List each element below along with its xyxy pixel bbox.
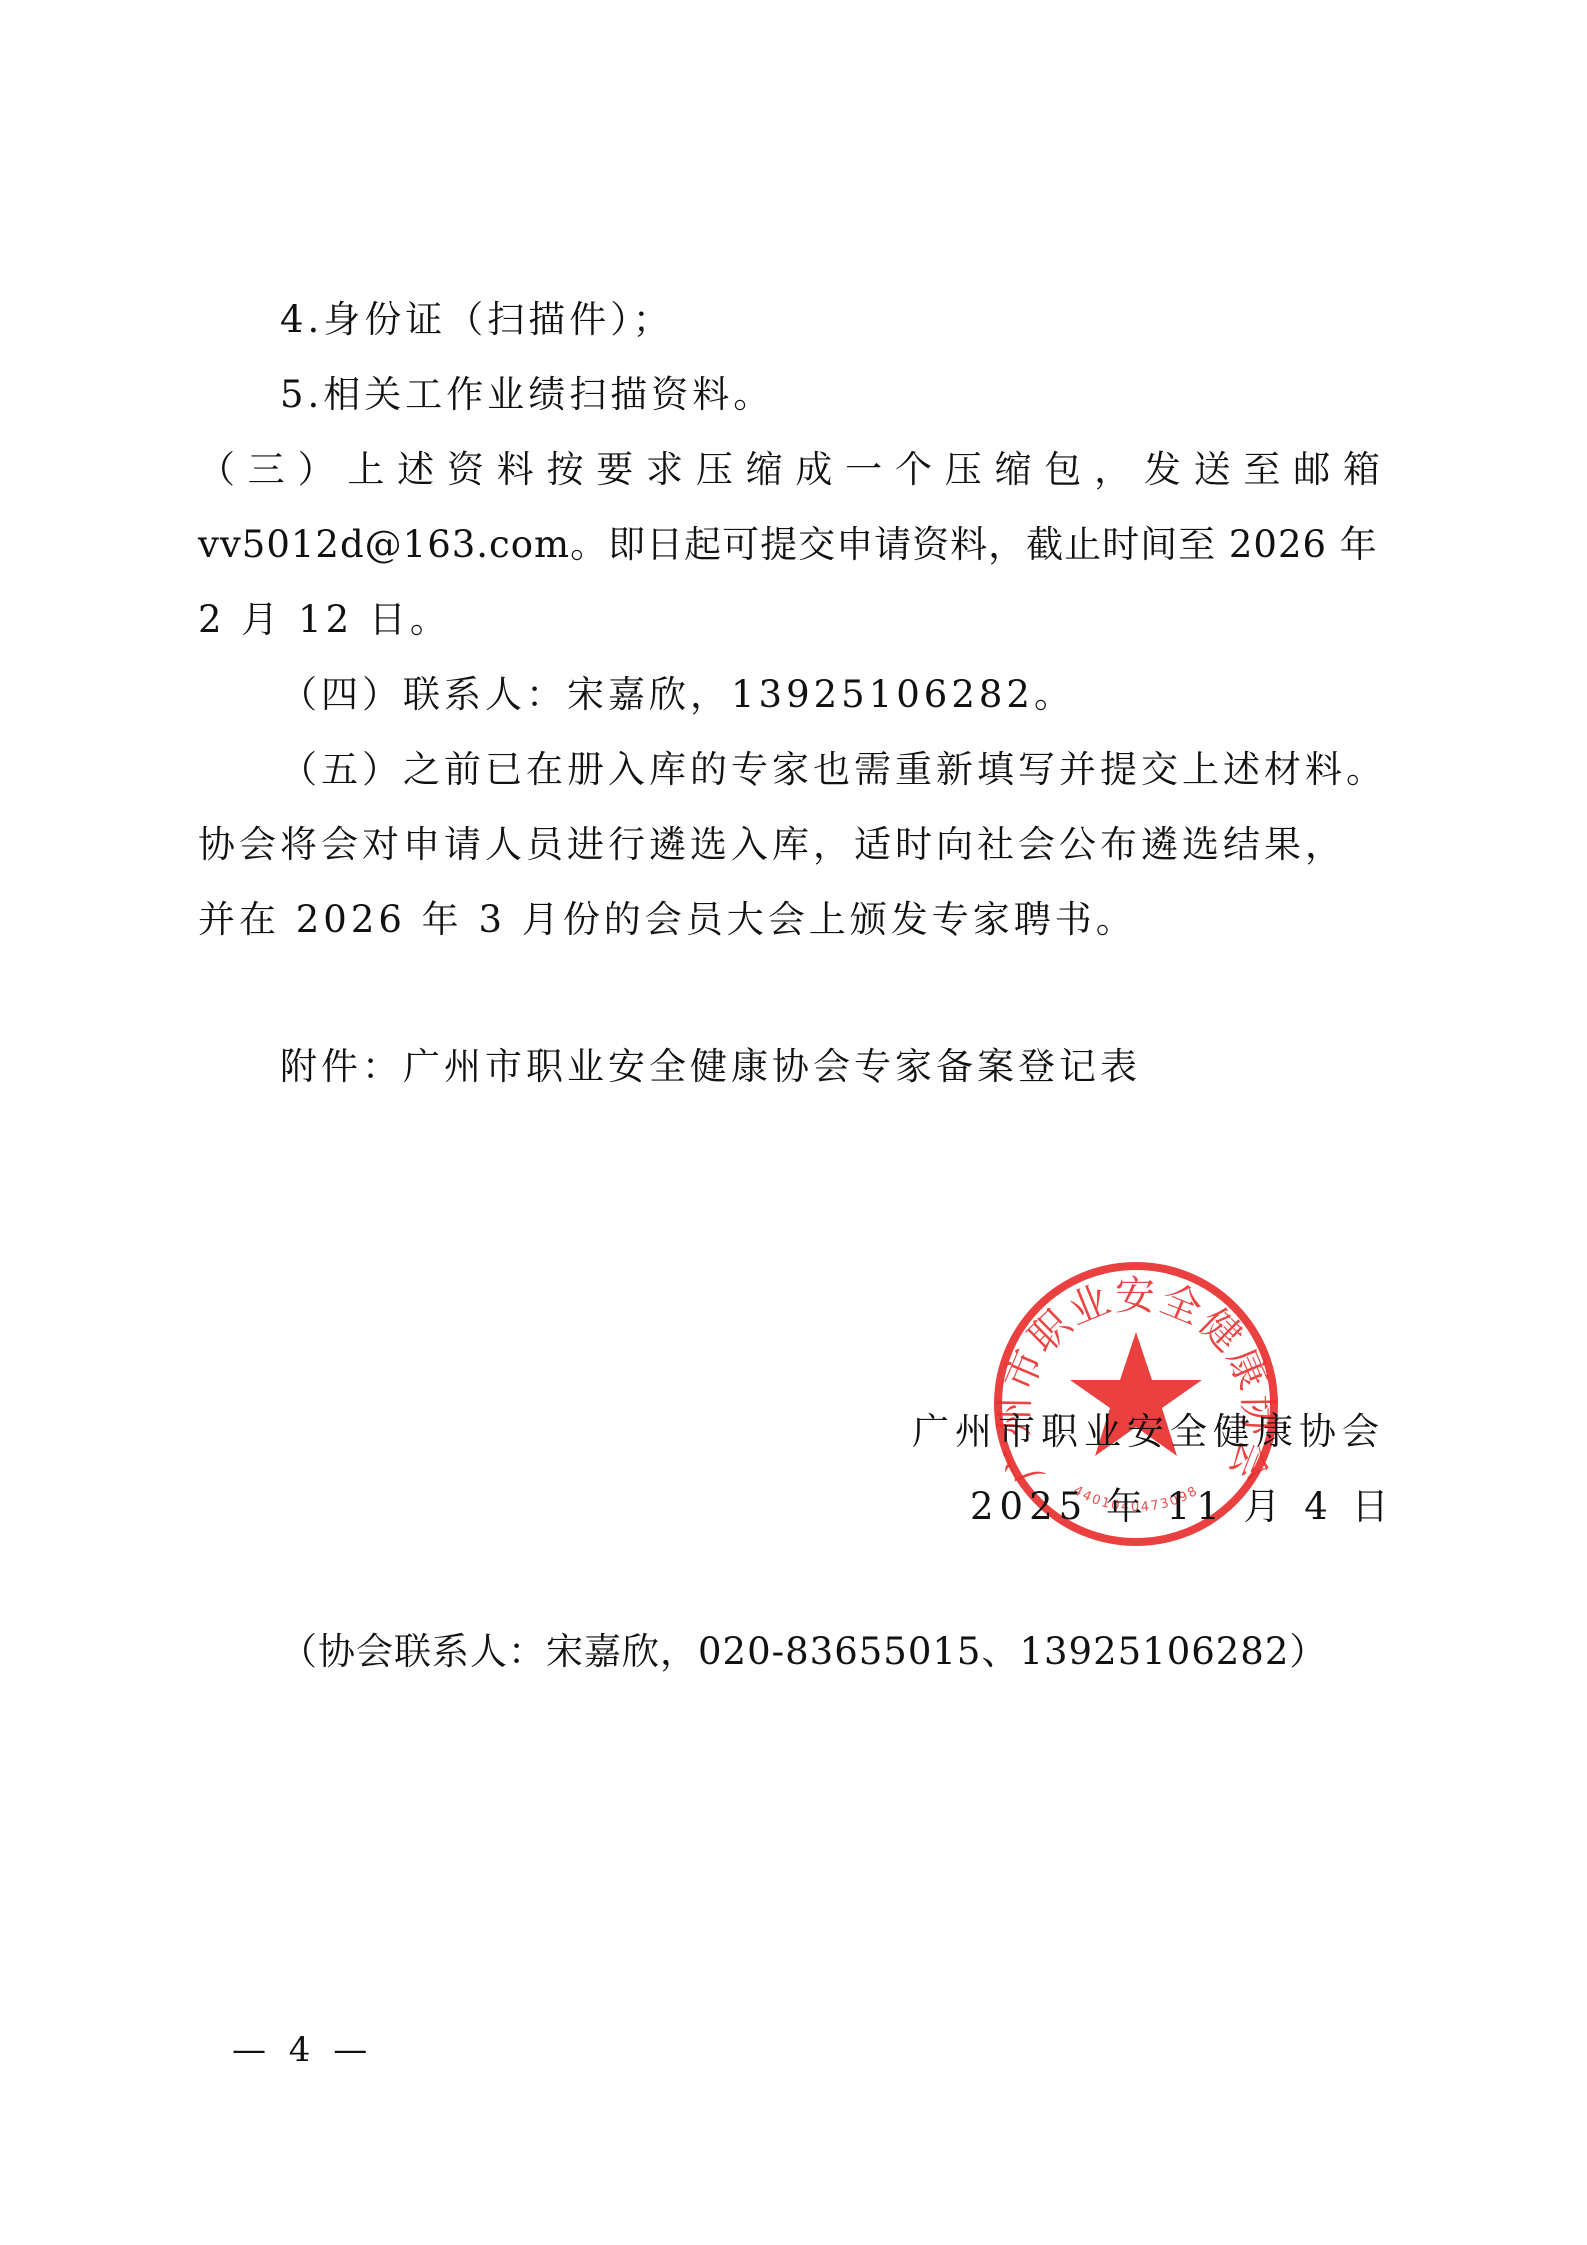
list-item-id-card: 4.身份证（扫描件）；	[280, 298, 674, 342]
attachment-line: 附件：广州市职业安全健康协会专家备案登记表	[280, 1045, 1141, 1089]
list-item-work-records: 5.相关工作业绩扫描资料。	[280, 373, 774, 417]
para5-line2: 协会将会对申请人员进行遴选入库，适时向社会公布遴选结果，	[198, 823, 1346, 867]
para3-line2: vv5012d@163.com。即日起可提交申请资料，截止时间至 2026 年	[198, 523, 1378, 567]
para5-line1: （五）之前已在册入库的专家也需重新填写并提交上述材料。	[280, 748, 1387, 792]
contact-note: （协会联系人：宋嘉欣，020-83655015、13925106282）	[280, 1630, 1327, 1674]
para4-contact: （四）联系人：宋嘉欣，13925106282。	[280, 673, 1075, 717]
para5-line3: 并在 2026 年 3 月份的会员大会上颁发专家聘书。	[198, 898, 1137, 942]
para3-line3: 2 月 12 日。	[198, 598, 451, 642]
signature-date: 2025 年 11 月 4 日	[970, 1485, 1395, 1529]
signature-org: 广州市职业安全健康协会	[912, 1410, 1385, 1454]
page-number: — 4 —	[232, 2030, 373, 2070]
para3-line1: （三）上述资料按要求压缩成一个压缩包，发送至邮箱	[198, 448, 1380, 492]
